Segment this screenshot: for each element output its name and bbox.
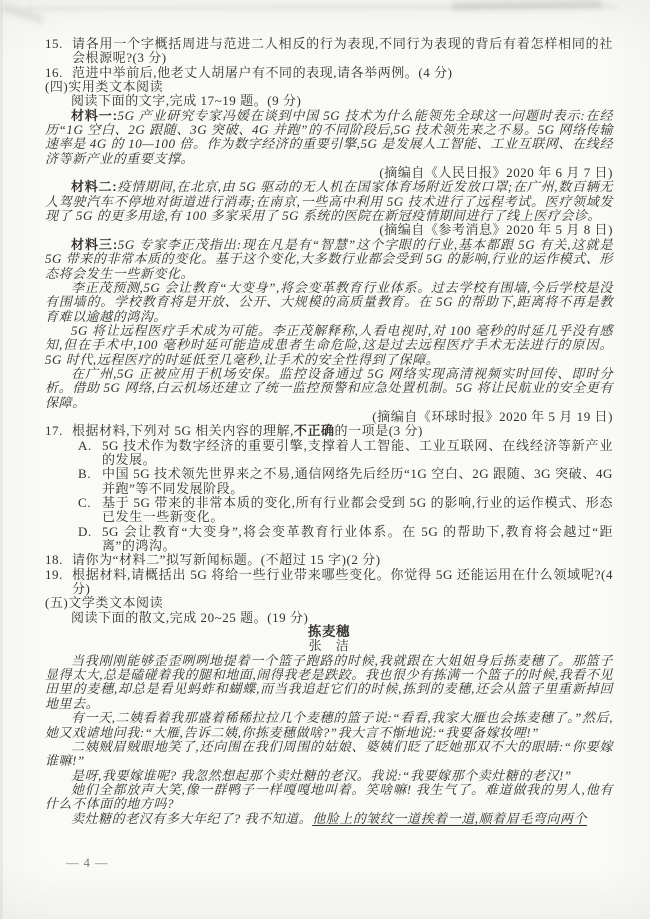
material-one-source: (摘编自《人民日报》2020 年 6 月 7 日): [45, 166, 613, 180]
essay-paragraph-3: 二姨贼眉贼眼地笑了,还向围在我们周围的姑娘、婆姨们眨了眨她那双不大的眼睛:“你要…: [45, 740, 613, 769]
option-c: C. 基于 5G 带来的非常本质的变化,所有行业都会受到 5G 的影响,行业的运…: [78, 496, 613, 525]
material-one-paragraph: 材料一:5G 产业研究专家冯媛在谈到中国 5G 技术为什么能领先全球这一问题时表…: [45, 109, 613, 166]
material-three-source: (摘编自《环球时报》2020 年 5 月 19 日): [45, 410, 613, 424]
option-letter: A.: [78, 439, 102, 468]
material-two-label: 材料二:: [71, 179, 117, 194]
question-18: 18. 请你为“材料二”拟写新闻标题。(不超过 15 字)(2 分): [45, 553, 613, 567]
essay-paragraph-4: 是呀,我要嫁谁呢? 我忽然想起那个卖灶糖的老汉。我说:“我要嫁那个卖灶糖的老汉!…: [45, 769, 613, 783]
question-19: 19. 根据材料,请概括出 5G 将给一些行业带来哪些变化。你觉得 5G 还能运…: [45, 568, 613, 597]
scan-artifact-top-streak: [26, 4, 616, 11]
essay-paragraph-6: 卖灶糖的老汉有多大年纪了? 我不知道。他脸上的皱纹一道挨着一道,顺着眉毛弯向两个: [45, 812, 613, 826]
essay-paragraph-5: 她们全都放声大笑,像一群鸭子一样嘎嘎地叫着。笑啥嘛! 我生气了。难道做我的男人,…: [45, 783, 613, 812]
option-text: 5G 技术作为数字经济的重要引擎,支撑着人工智能、工业互联网、在线经济等新产业的…: [102, 439, 613, 468]
section-five-intro: 阅读下面的散文,完成 20~25 题。(19 分): [45, 611, 613, 625]
material-two-text: 疫情期间,在北京,由 5G 驱动的无人机在国家体育场附近发放口罩;在广州,数百辆…: [45, 179, 613, 223]
stem-emphasis: 不正确: [294, 423, 335, 438]
material-one-text: 5G 产业研究专家冯媛在谈到中国 5G 技术为什么能领先全球这一问题时表示:在经…: [45, 108, 613, 166]
question-text: 请你为“材料二”拟写新闻标题。(不超过 15 字)(2 分): [72, 553, 613, 567]
material-three-label: 材料三:: [71, 237, 118, 252]
material-one-label: 材料一:: [71, 108, 118, 123]
question-15: 15. 请各用一个字概括周进与范进二人相反的行为表现,不同行为表现的背后有着怎样…: [45, 37, 613, 66]
option-a: A. 5G 技术作为数字经济的重要引擎,支撑着人工智能、工业互联网、在线经济等新…: [78, 439, 613, 468]
option-letter: C.: [78, 496, 102, 525]
question-text: 根据材料,请概括出 5G 将给一些行业带来哪些变化。你觉得 5G 还能运用在什么…: [72, 568, 613, 597]
material-three-text-1: 5G 专家李正茂指出:现在凡是有“智慧”这个字眼的行业,基本都跟 5G 有关,这…: [45, 237, 613, 281]
material-two-source: (摘编自《参考消息》2020 年 5 月 8 日): [45, 223, 613, 237]
question-number: 16.: [45, 66, 72, 80]
option-b: B. 中国 5G 技术领先世界来之不易,通信网络先后经历“1G 空白、2G 跟随…: [78, 467, 613, 496]
question-number: 15.: [45, 37, 72, 66]
option-text: 基于 5G 带来的非常本质的变化,所有行业都会受到 5G 的影响,行业的运作模式…: [102, 496, 613, 525]
page-content: 15. 请各用一个字概括周进与范进二人相反的行为表现,不同行为表现的背后有着怎样…: [45, 37, 613, 826]
material-three-paragraph-1: 材料三:5G 专家李正茂指出:现在凡是有“智慧”这个字眼的行业,基本都跟 5G …: [45, 238, 613, 281]
last-paragraph-pre: 卖灶糖的老汉有多大年纪了? 我不知道。: [71, 811, 312, 826]
essay-author: 张 洁: [45, 639, 613, 653]
material-three-paragraph-4: 在广州,5G 正被应用于机场安保。监控设备通过 5G 网络实现高清视频实时回传、…: [45, 367, 613, 410]
stem-post: 的一项是(3 分): [335, 423, 423, 438]
material-three-paragraph-3: 5G 将让远程医疗手术成为可能。李正茂解释称,人看电视时,对 100 毫秒的时延…: [45, 324, 613, 367]
question-number: 17.: [45, 424, 72, 438]
scan-artifact-left-edge: [0, 0, 3, 919]
essay-paragraph-1: 当我刚刚能够歪歪咧咧地提着一个篮子跑路的时候,我就跟在大姐姐身后拣麦穗了。那篮子…: [45, 654, 613, 711]
material-three-paragraph-2: 李正茂预测,5G 会让教育“大变身”,将会变革教育行业体系。过去学校有围墙,今后…: [45, 281, 613, 324]
option-text: 5G 会让教育“大变身”,将会变革教育行业体系。在 5G 的帮助下,教育将会越过…: [102, 525, 613, 554]
question-text: 请各用一个字概括周进与范进二人相反的行为表现,不同行为表现的背后有着怎样相同的社…: [72, 37, 613, 66]
scanned-exam-page: 15. 请各用一个字概括周进与范进二人相反的行为表现,不同行为表现的背后有着怎样…: [0, 0, 650, 919]
question-number: 18.: [45, 553, 72, 567]
page-number: — 4 —: [66, 856, 109, 871]
question-17-options: A. 5G 技术作为数字经济的重要引擎,支撑着人工智能、工业互联网、在线经济等新…: [78, 439, 613, 554]
option-d: D. 5G 会让教育“大变身”,将会变革教育行业体系。在 5G 的帮助下,教育将…: [78, 525, 613, 554]
scan-artifact-top-left: [2, 3, 45, 25]
option-letter: D.: [78, 525, 102, 554]
option-text: 中国 5G 技术领先世界来之不易,通信网络先后经历“1G 空白、2G 跟随、3G…: [102, 467, 613, 496]
essay-title: 拣麦穗: [45, 625, 613, 639]
stem-pre: 根据材料,下列对 5G 相关内容的理解,: [72, 423, 294, 438]
question-17: 17. 根据材料,下列对 5G 相关内容的理解,不正确的一项是(3 分): [45, 424, 613, 438]
section-four-intro: 阅读下面的文字,完成 17~19 题。(9 分): [45, 94, 613, 108]
underlined-clause: 他脸上的皱纹一道挨着一道,顺着眉毛弯向两个: [312, 811, 587, 826]
question-stem: 根据材料,下列对 5G 相关内容的理解,不正确的一项是(3 分): [72, 424, 613, 438]
essay-paragraph-2: 有一天,二姨看着我那盛着稀稀拉拉几个麦穗的篮子说:“看看,我家大雁也会拣麦穗了。…: [45, 711, 613, 740]
question-text: 范进中举前后,他老丈人胡屠户有不同的表现,请各举两例。(4 分): [72, 66, 613, 80]
material-two-paragraph: 材料二:疫情期间,在北京,由 5G 驱动的无人机在国家体育场附近发放口罩;在广州…: [45, 180, 613, 223]
section-five-heading: (五)文学类文本阅读: [45, 596, 613, 610]
section-four-heading: (四)实用类文本阅读: [45, 80, 613, 94]
option-letter: B.: [78, 467, 102, 496]
question-number: 19.: [45, 568, 72, 597]
question-16: 16. 范进中举前后,他老丈人胡屠户有不同的表现,请各举两例。(4 分): [45, 66, 613, 80]
scan-artifact-top-right: [452, 0, 602, 10]
